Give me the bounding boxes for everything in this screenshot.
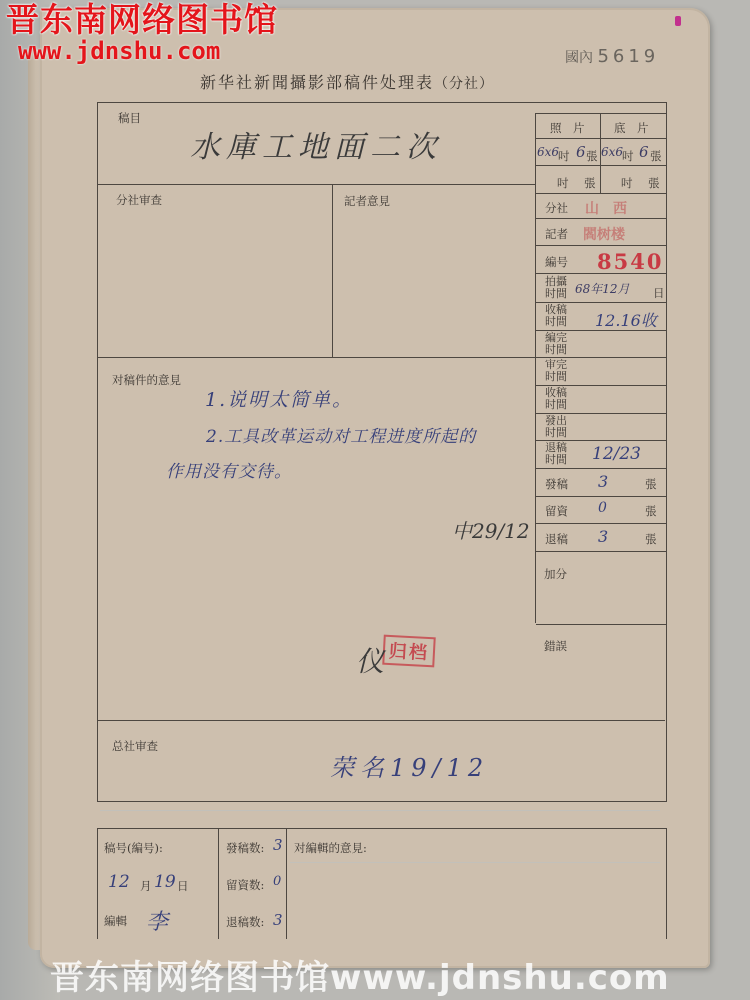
document-title: 新华社新聞攝影部稿件处理表（分社） bbox=[200, 70, 494, 93]
negative-unit-time-2: 吋 bbox=[621, 175, 633, 191]
divider bbox=[536, 245, 666, 246]
editor-label: 編輯 bbox=[104, 913, 127, 929]
returned-label: 退稿 bbox=[545, 531, 568, 547]
number-value: 8540 bbox=[597, 249, 663, 274]
pink-mark bbox=[675, 16, 681, 26]
archive-signature: 仪 bbox=[356, 640, 384, 680]
divider bbox=[332, 185, 333, 357]
divider bbox=[536, 496, 666, 497]
divider bbox=[218, 829, 219, 939]
comment-signature: 中29/12 bbox=[452, 515, 530, 544]
sent-count-label: 發稿数: bbox=[226, 840, 264, 856]
sent-value: 3 bbox=[598, 472, 608, 491]
divider bbox=[536, 113, 666, 114]
comment-line-3: 作用没有交待。 bbox=[166, 457, 292, 482]
photo-unit-time-2: 吋 bbox=[557, 175, 569, 191]
edit-done-label: 編完时間 bbox=[545, 332, 571, 356]
divider bbox=[536, 165, 666, 166]
receive-time-value: 12.16收 bbox=[595, 308, 657, 331]
negative-unit-sheet-2: 張 bbox=[648, 175, 660, 191]
serial-number: 5619 bbox=[597, 46, 659, 67]
divider bbox=[98, 357, 535, 358]
divider bbox=[536, 551, 666, 552]
kept-unit: 張 bbox=[645, 503, 657, 519]
photo-size: 6x6 bbox=[537, 145, 559, 159]
kept-value: 0 bbox=[598, 500, 607, 516]
reporter-label: 記者 bbox=[545, 226, 568, 242]
editor-opinion-label: 对編輯的意見: bbox=[294, 840, 367, 856]
negative-unit-sheet: 張 bbox=[650, 148, 662, 164]
returned-count-value: 3 bbox=[273, 911, 283, 929]
comments-label: 对稿件的意見 bbox=[112, 372, 181, 388]
negative-count: 6 bbox=[639, 143, 649, 161]
month-unit: 月 bbox=[140, 878, 152, 894]
sent-unit: 張 bbox=[645, 476, 657, 492]
return-time-value: 12/23 bbox=[592, 444, 641, 464]
shoot-time-day-unit: 日 bbox=[653, 285, 665, 301]
divider bbox=[536, 523, 666, 524]
error-label: 錯誤 bbox=[544, 638, 567, 654]
branch-label: 分社 bbox=[545, 200, 568, 216]
divider bbox=[536, 468, 666, 469]
negative-header: 底 片 bbox=[614, 120, 649, 136]
kept-label: 留資 bbox=[545, 503, 568, 519]
returned-value: 3 bbox=[598, 527, 608, 546]
branch-value: 山 西 bbox=[585, 198, 627, 218]
day-unit: 日 bbox=[177, 878, 189, 894]
draft-number-label: 稿号(編号): bbox=[104, 840, 163, 856]
watermark-bottom: 晋东南网络图书馆www.jdnshu.com bbox=[50, 958, 670, 998]
divider bbox=[536, 138, 666, 139]
title-text: 新华社新聞攝影部稿件处理表 bbox=[200, 73, 434, 92]
photo-count: 6 bbox=[576, 143, 586, 161]
watermark-title: 晋东南网络图书馆 bbox=[6, 0, 278, 40]
serial-stamp: 國內 5619 bbox=[565, 46, 659, 67]
photo-unit-sheet-2: 張 bbox=[584, 175, 596, 191]
branch-review-label: 分社审查 bbox=[116, 192, 162, 208]
divider bbox=[536, 218, 666, 219]
serial-label: 國內 bbox=[565, 50, 593, 66]
returned-unit: 張 bbox=[645, 531, 657, 547]
photo-header: 照 片 bbox=[550, 120, 585, 136]
returned-count-label: 退稿数: bbox=[226, 914, 264, 930]
watermark-url: www.jdnshu.com bbox=[18, 36, 220, 66]
sent-label: 發稿 bbox=[545, 476, 568, 492]
kept-count-label: 留資数: bbox=[226, 877, 264, 893]
send-out-label: 發出时間 bbox=[545, 415, 571, 439]
date-month: 12 bbox=[108, 872, 130, 892]
return-time-label: 退稿时間 bbox=[545, 442, 571, 466]
comment-line-1: 1.说明太简单。 bbox=[205, 385, 353, 412]
bonus-label: 加分 bbox=[544, 566, 567, 582]
divider bbox=[536, 193, 666, 194]
kept-count-value: 0 bbox=[273, 874, 281, 889]
shoot-time-value: 68年12月 bbox=[575, 280, 630, 297]
divider bbox=[98, 720, 665, 721]
receive-time-label: 收稿时間 bbox=[545, 304, 571, 328]
divider bbox=[98, 184, 535, 185]
ruled-line bbox=[290, 862, 660, 863]
negative-unit-time: 吋 bbox=[622, 148, 634, 164]
reporter-value: 閻树楼 bbox=[583, 224, 625, 244]
subject-label: 稿目 bbox=[118, 110, 141, 126]
shoot-time-label: 拍攝时間 bbox=[545, 276, 571, 300]
editor-value: 李 bbox=[146, 905, 168, 936]
divider bbox=[535, 113, 536, 623]
receive2-label: 收稿时間 bbox=[545, 387, 571, 411]
reporter-opinion-label: 記者意見 bbox=[344, 193, 390, 209]
subject-value: 水庫工地面二次 bbox=[190, 122, 442, 166]
date-day: 19 bbox=[154, 872, 176, 892]
photo-unit-sheet: 張 bbox=[586, 148, 598, 164]
photo-unit-time: 吋 bbox=[558, 148, 570, 164]
number-label: 編号 bbox=[545, 254, 568, 270]
divider bbox=[536, 624, 666, 625]
title-suffix: （分社） bbox=[434, 76, 494, 92]
divider bbox=[286, 829, 287, 939]
archive-stamp: 归档 bbox=[382, 635, 435, 668]
hq-review-signature: 荣名19/12 bbox=[330, 748, 489, 783]
hq-review-label: 总社审查 bbox=[112, 738, 158, 754]
negative-size: 6x6 bbox=[601, 145, 623, 159]
review-done-label: 审完时間 bbox=[545, 359, 571, 383]
comment-line-2: 2.工具改革运动对工程进度所起的 bbox=[206, 422, 476, 447]
sent-count-value: 3 bbox=[273, 836, 283, 854]
ruled-line bbox=[100, 810, 660, 811]
